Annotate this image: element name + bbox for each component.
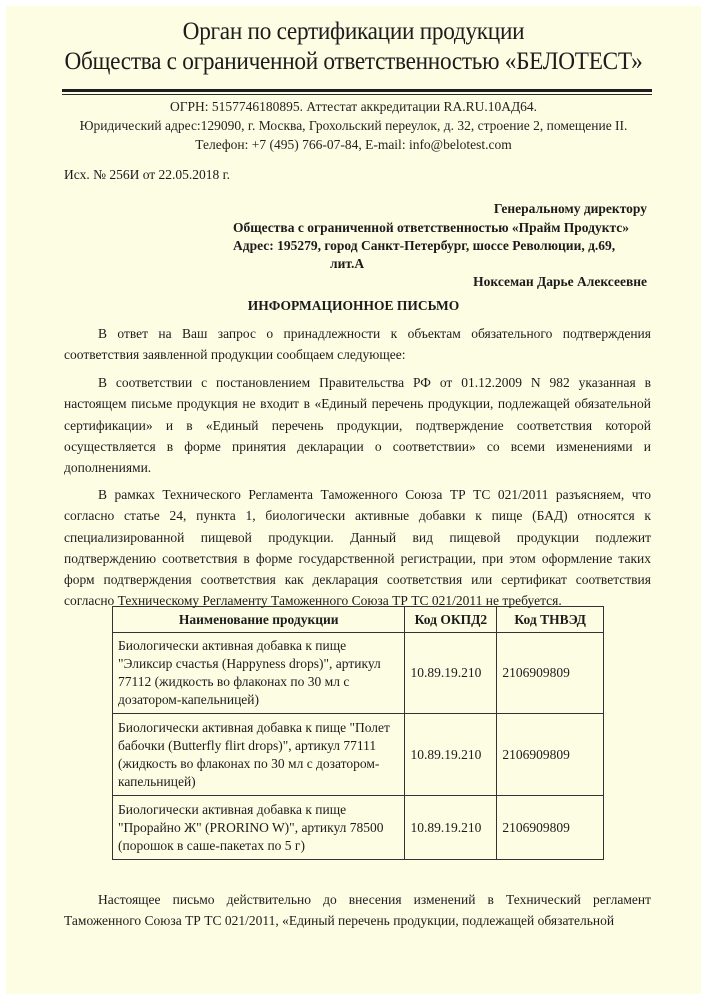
contact-info: Телефон: +7 (495) 766-07-84, E-mail: inf… (0, 136, 707, 154)
recipient-company: Общества с ограниченной ответственностью… (233, 219, 629, 237)
org-title-line2: Общества с ограниченной ответственностью… (25, 47, 683, 77)
paragraph-regulation: В рамках Технического Регламента Таможен… (64, 484, 651, 612)
document-title: ИНФОРМАЦИОННОЕ ПИСЬМО (0, 297, 707, 315)
header-tnved: Код ТНВЭД (497, 607, 604, 633)
recipient-position: Генеральному директору (494, 200, 647, 218)
header-okpd2: Код ОКПД2 (405, 607, 497, 633)
registration-info: ОГРН: 5157746180895. Аттестат аккредитац… (0, 98, 707, 116)
product-tnved: 2106909809 (497, 633, 604, 714)
product-tnved: 2106909809 (497, 796, 604, 860)
paragraph-decree: В соответствии с постановлением Правител… (64, 372, 651, 478)
table-header-row: Наименование продукции Код ОКПД2 Код ТНВ… (113, 607, 604, 633)
letterhead-rule-thin (62, 94, 652, 95)
product-okpd2: 10.89.19.210 (405, 633, 497, 714)
recipient-name: Ноксеман Дарье Алексеевне (473, 273, 647, 291)
recipient-address: Адрес: 195279, город Санкт-Петербург, шо… (233, 237, 615, 255)
table-row: Биологически активная добавка к пище "Эл… (113, 633, 604, 714)
product-tnved: 2106909809 (497, 714, 604, 796)
legal-address: Юридический адрес:129090, г. Москва, Гро… (0, 117, 707, 135)
products-table: Наименование продукции Код ОКПД2 Код ТНВ… (112, 606, 604, 860)
table-row: Биологически активная добавка к пище "Пр… (113, 796, 604, 860)
header-product-name: Наименование продукции (113, 607, 405, 633)
product-name: Биологически активная добавка к пище "По… (113, 714, 405, 796)
org-title-line1: Орган по сертификации продукции (25, 17, 683, 47)
product-name: Биологически активная добавка к пище "Эл… (113, 633, 405, 714)
product-name: Биологически активная добавка к пище "Пр… (113, 796, 405, 860)
paragraph-validity: Настоящее письмо действительно до внесен… (64, 889, 651, 932)
letterhead-rule-thick (62, 89, 652, 92)
table-row: Биологически активная добавка к пище "По… (113, 714, 604, 796)
product-okpd2: 10.89.19.210 (405, 714, 497, 796)
outgoing-reference: Исх. № 256И от 22.05.2018 г. (64, 166, 230, 184)
product-okpd2: 10.89.19.210 (405, 796, 497, 860)
recipient-address-cont: лит.А (330, 255, 364, 273)
paragraph-intro: В ответ на Ваш запрос о принадлежности к… (64, 323, 651, 366)
